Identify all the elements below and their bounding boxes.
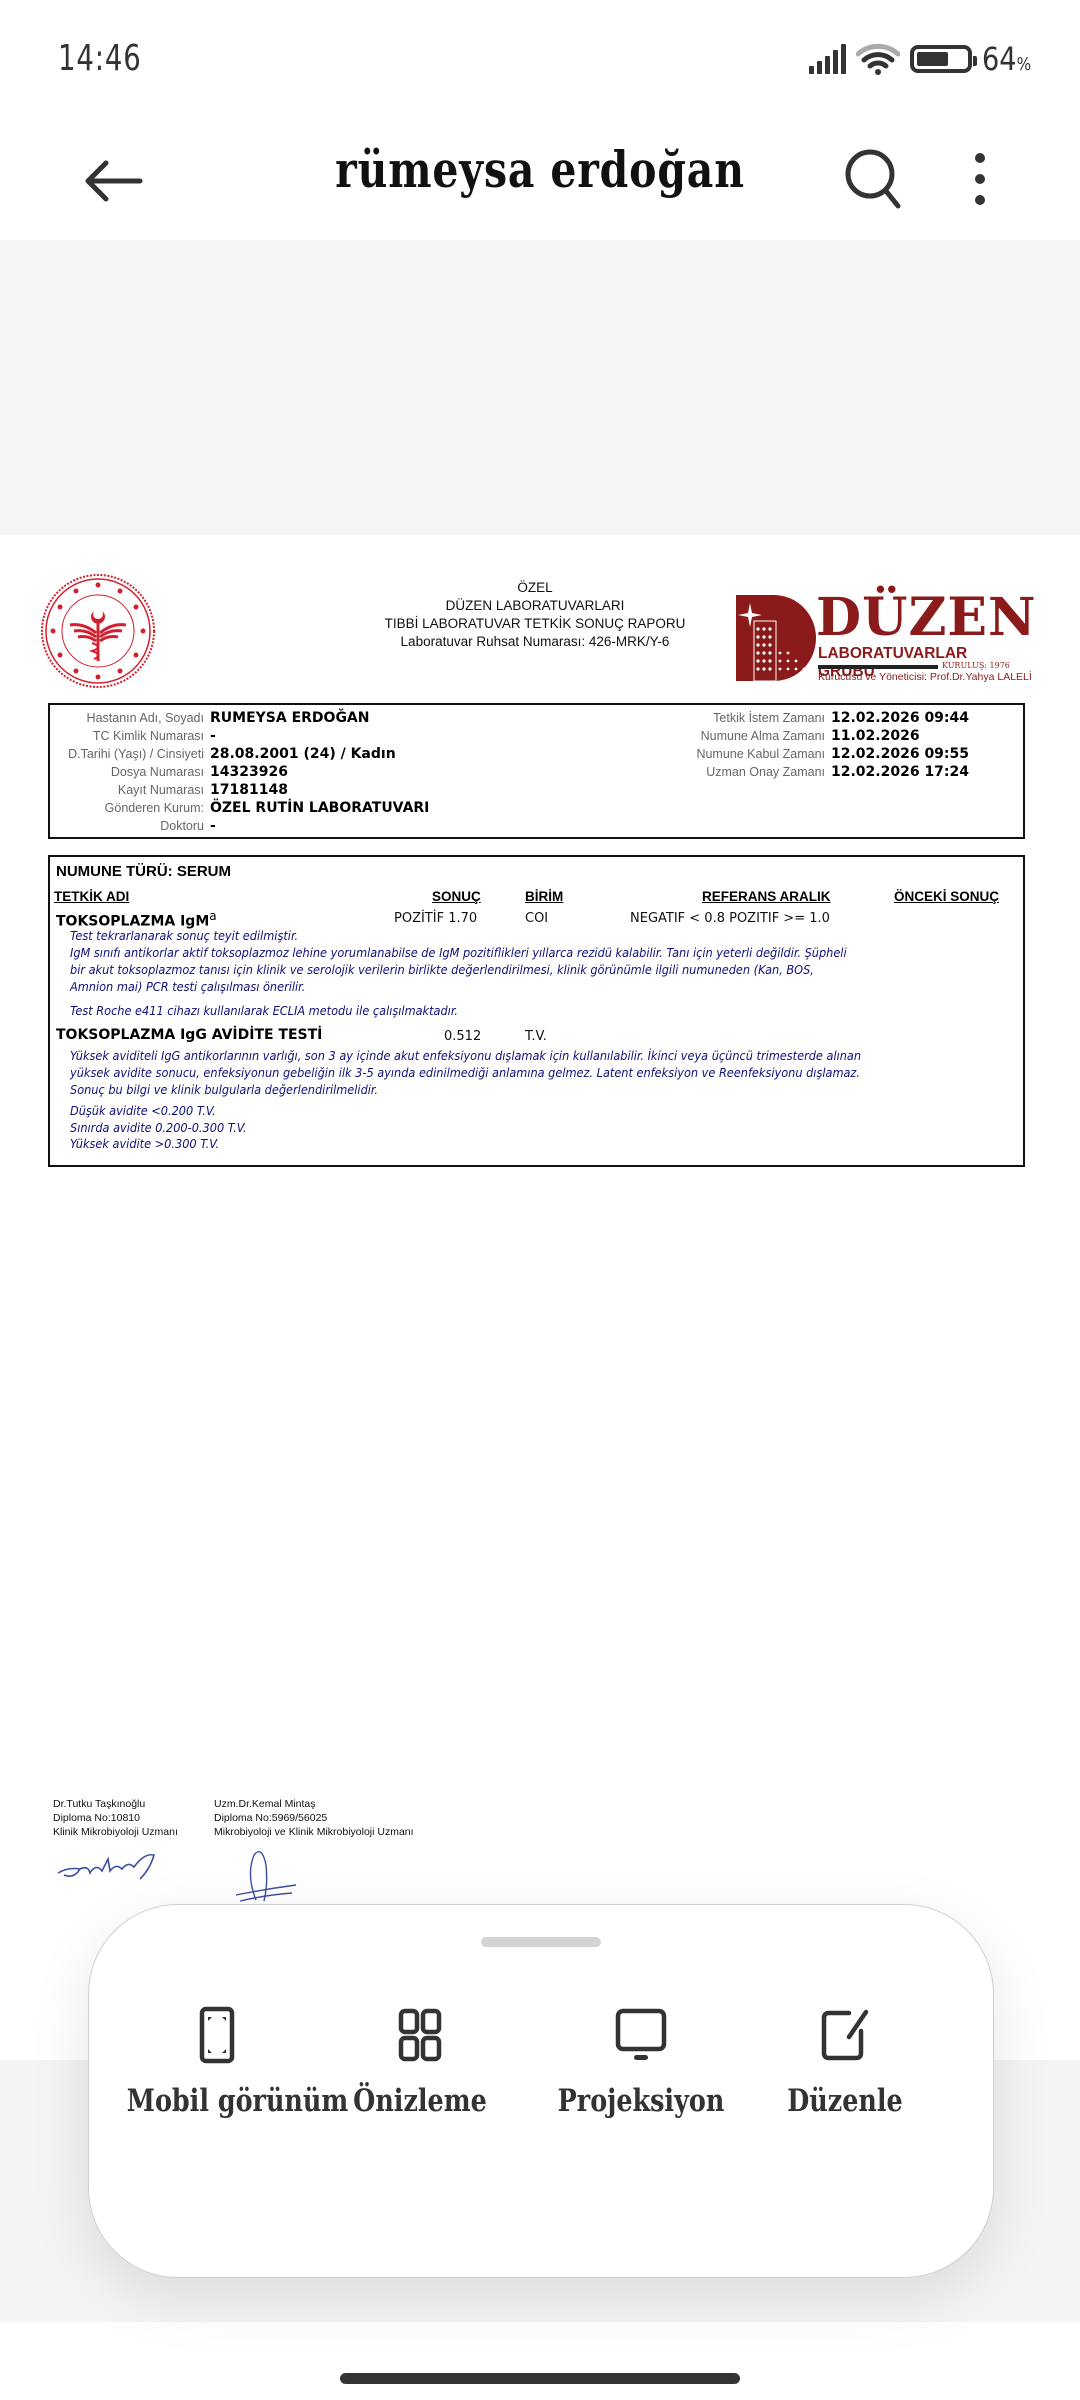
signature-scribble-icon [226, 1845, 306, 1905]
app-bar: rümeysa erdoğan [0, 120, 1080, 240]
test-reference-igm: NEGATIF < 0.8 POZITIF >= 1.0 [630, 911, 830, 926]
mobile-view-icon [187, 2005, 247, 2065]
test-result-avidity: 0.512 [444, 1029, 481, 1044]
signature-scribble-icon [54, 1845, 164, 1885]
projection-button[interactable]: Projeksiyon [531, 2005, 751, 2119]
test-note: IgM sınıfı antikorlar aktif toksoplazmoz… [70, 945, 847, 962]
col-result: SONUÇ [432, 889, 481, 904]
edit-icon [815, 2005, 875, 2065]
sample-type: NUMUNE TÜRÜ: SERUM [56, 863, 231, 880]
test-note: yüksek avidite sonucu, enfeksiyonun gebe… [70, 1065, 860, 1082]
test-name-avidity: TOKSOPLAZMA IgG AVİDİTE TESTİ [56, 1027, 322, 1043]
patient-details: Hastanın Adı, SoyadıRUMEYSA ERDOĞAN TC K… [50, 709, 429, 835]
sheet-drag-handle[interactable] [481, 1937, 601, 1947]
avidity-range: Yüksek avidite >0.300 T.V. [70, 1136, 219, 1153]
options-bottom-sheet: Mobil görünüm Önizleme Projeksiyon Düz [88, 1904, 994, 2278]
report-page: ÖZEL DÜZEN LABORATUVARLARI TIBBİ LABORAT… [0, 535, 1080, 2060]
grid-preview-icon [390, 2005, 450, 2065]
building-logo-icon [736, 595, 816, 681]
more-vertical-icon[interactable] [960, 138, 1000, 218]
test-note: Amnion mai) PCR testi çalışılması öneril… [70, 979, 305, 996]
test-note: bir akut toksoplazmoz tanısı için klinik… [70, 962, 814, 979]
edit-button[interactable]: Düzenle [735, 2005, 955, 2119]
patient-info-box: Hastanın Adı, SoyadıRUMEYSA ERDOĞAN TC K… [48, 703, 1025, 839]
status-icons: 64% [809, 40, 1040, 78]
report-header: ÖZEL DÜZEN LABORATUVARLARI TIBBİ LABORAT… [360, 579, 710, 651]
patient-row: Hastanın Adı, SoyadıRUMEYSA ERDOĞAN [50, 709, 429, 727]
battery-icon [910, 45, 972, 73]
timestamp-row: Uzman Onay Zamanı12.02.2026 17:24 [635, 763, 969, 781]
patient-row: TC Kimlik Numarası- [50, 727, 429, 745]
patient-row: D.Tarihi (Yaşı) / Cinsiyeti28.08.2001 (2… [50, 745, 429, 763]
wifi-icon [856, 43, 900, 75]
timestamp-row: Tetkik İstem Zamanı12.02.2026 09:44 [635, 709, 969, 727]
status-bar: 14:46 64% [0, 0, 1080, 120]
col-test: TETKİK ADI [54, 889, 129, 904]
test-result-igm: POZİTİF 1.70 [394, 911, 477, 926]
test-unit-igm: COI [525, 911, 548, 926]
avidity-range: Sınırda avidite 0.200-0.300 T.V. [70, 1120, 247, 1137]
test-note: Test tekrarlanarak sonuç teyit edilmişti… [70, 928, 298, 945]
signal-icon [809, 44, 846, 74]
ministry-seal-icon [40, 573, 156, 689]
col-previous: ÖNCEKİ SONUÇ [894, 889, 999, 904]
results-table: NUMUNE TÜRÜ: SERUM TETKİK ADI SONUÇ BİRİ… [48, 855, 1025, 1167]
test-unit-avidity: T.V. [525, 1029, 547, 1044]
monitor-icon [611, 2005, 671, 2065]
search-icon[interactable] [840, 138, 910, 218]
test-note: Sonuç bu bilgi ve klinik bulgularla değe… [70, 1082, 378, 1099]
patient-row: Kayıt Numarası17181148 [50, 781, 429, 799]
col-reference: REFERANS ARALIK [702, 889, 831, 904]
mobile-view-button[interactable]: Mobil görünüm [107, 2005, 327, 2119]
patient-row: Doktoru- [50, 817, 429, 835]
duzen-logo: DÜZEN LABORATUVARLAR GRUBU KURULUŞ: 1976… [736, 595, 1026, 685]
brand-divider [818, 665, 938, 669]
col-unit: BİRİM [525, 889, 563, 904]
signature-block-1: Dr.Tutku Taşkınoğlu Diploma No:10810 Kli… [53, 1797, 178, 1839]
test-note: Yüksek aviditeli IgG antikorlarının varl… [70, 1048, 861, 1065]
patient-row: Gönderen Kurum:ÖZEL RUTİN LABORATUVARI [50, 799, 429, 817]
avidity-range: Düşük avidite <0.200 T.V. [70, 1103, 216, 1120]
sample-timestamps: Tetkik İstem Zamanı12.02.2026 09:44 Numu… [635, 709, 969, 781]
battery-percent: 64% [982, 40, 1031, 78]
gesture-nav-handle[interactable] [340, 2373, 740, 2384]
method-note: Test Roche e411 cihazı kullanılarak ECLI… [70, 1003, 458, 1020]
timestamp-row: Numune Alma Zamanı11.02.2026 [635, 727, 969, 745]
test-name-igm: TOKSOPLAZMA IgMa [56, 909, 217, 930]
preview-button[interactable]: Önizleme [310, 2005, 530, 2119]
patient-row: Dosya Numarası14323926 [50, 763, 429, 781]
status-time: 14:46 [58, 38, 142, 79]
signature-block-2: Uzm.Dr.Kemal Mintaş Diploma No:5969/5602… [214, 1797, 414, 1839]
document-viewer[interactable]: ÖZEL DÜZEN LABORATUVARLARI TIBBİ LABORAT… [0, 240, 1080, 2060]
timestamp-row: Numune Kabul Zamanı12.02.2026 09:55 [635, 745, 969, 763]
